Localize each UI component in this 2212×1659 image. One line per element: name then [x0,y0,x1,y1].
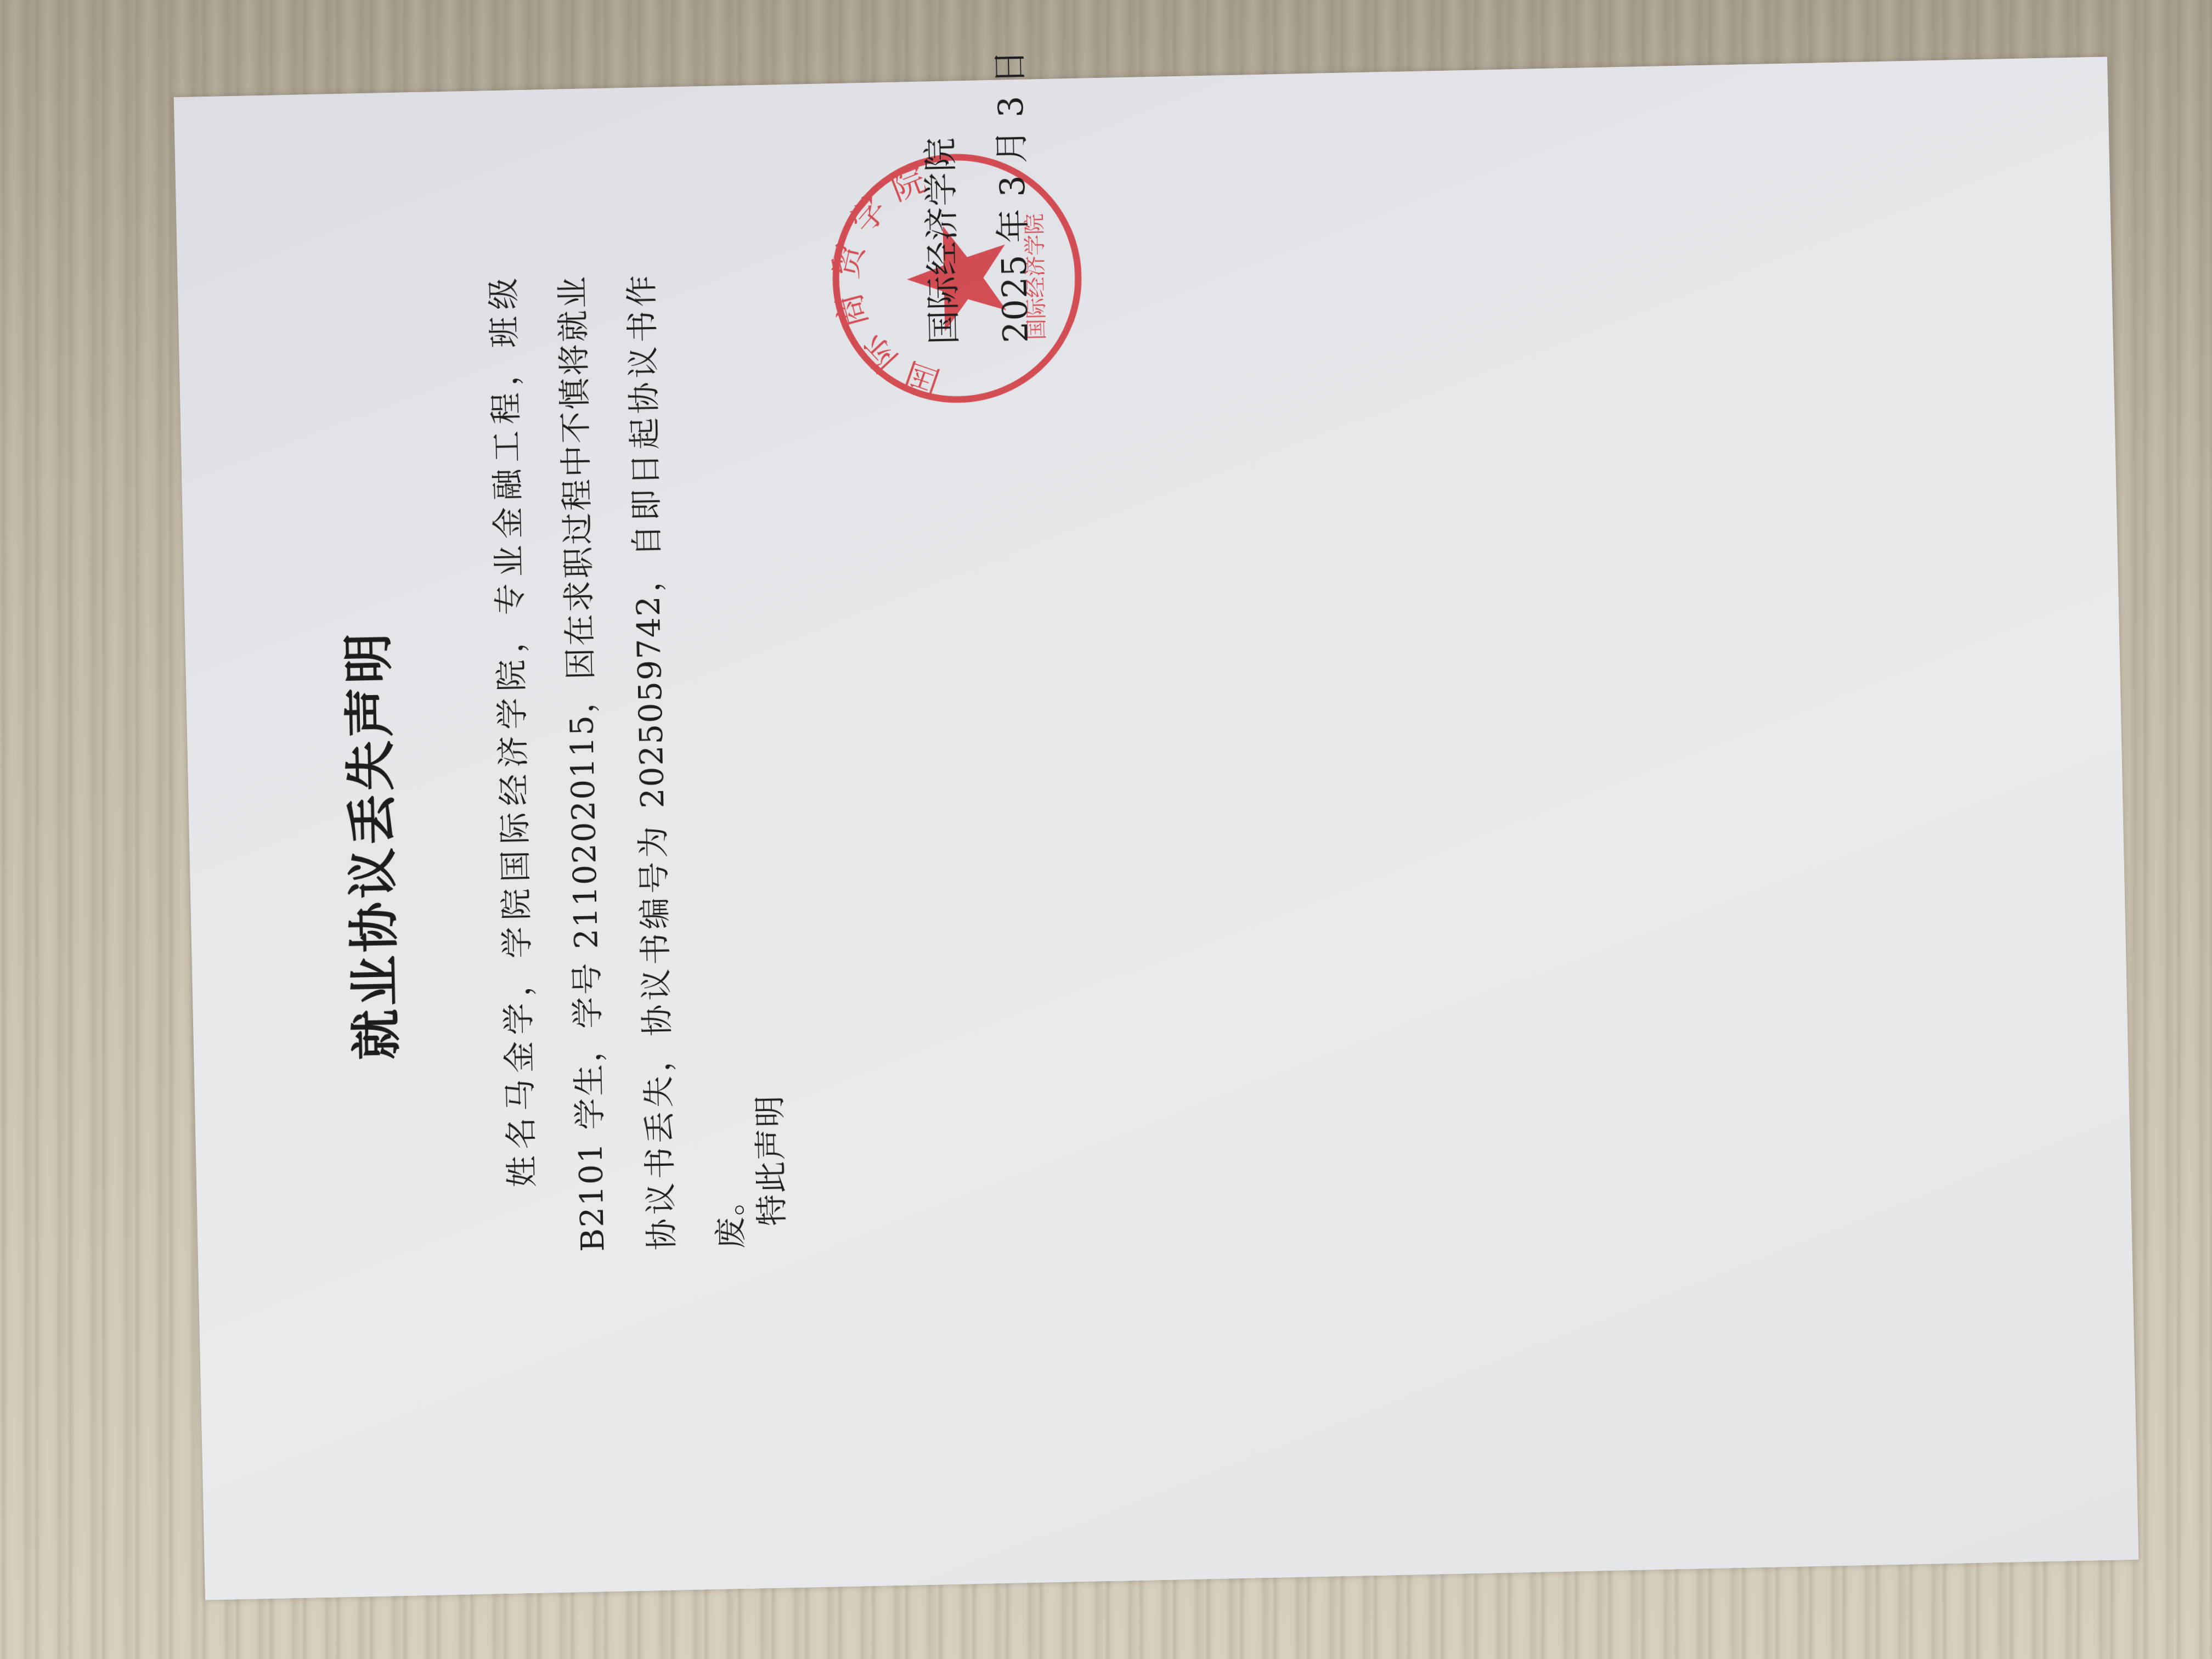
signature-block: 国际经济学院 2025 年 3 月 3 日 [902,49,1051,346]
paper-sheet: 就业协议丢失声明 姓名马金学，学院国际经济学院，专业金融工程，班级 B2101 … [174,57,2139,1600]
signature-date: 2025 年 3 月 3 日 [974,49,1051,344]
document-body: 就业协议丢失声明 姓名马金学，学院国际经济学院，专业金融工程，班级 B2101 … [174,57,2139,1600]
document-title: 就业协议丢失声明 [317,93,420,1597]
closing-line: 特此声明 [743,1094,792,1227]
statement-paragraph: 姓名马金学，学院国际经济学院，专业金融工程，班级 B2101 学生，学号 211… [469,272,765,1254]
page-content: 就业协议丢失声明 姓名马金学，学院国际经济学院，专业金融工程，班级 B2101 … [174,57,2139,1600]
signature-organization: 国际经济学院 [902,50,980,345]
